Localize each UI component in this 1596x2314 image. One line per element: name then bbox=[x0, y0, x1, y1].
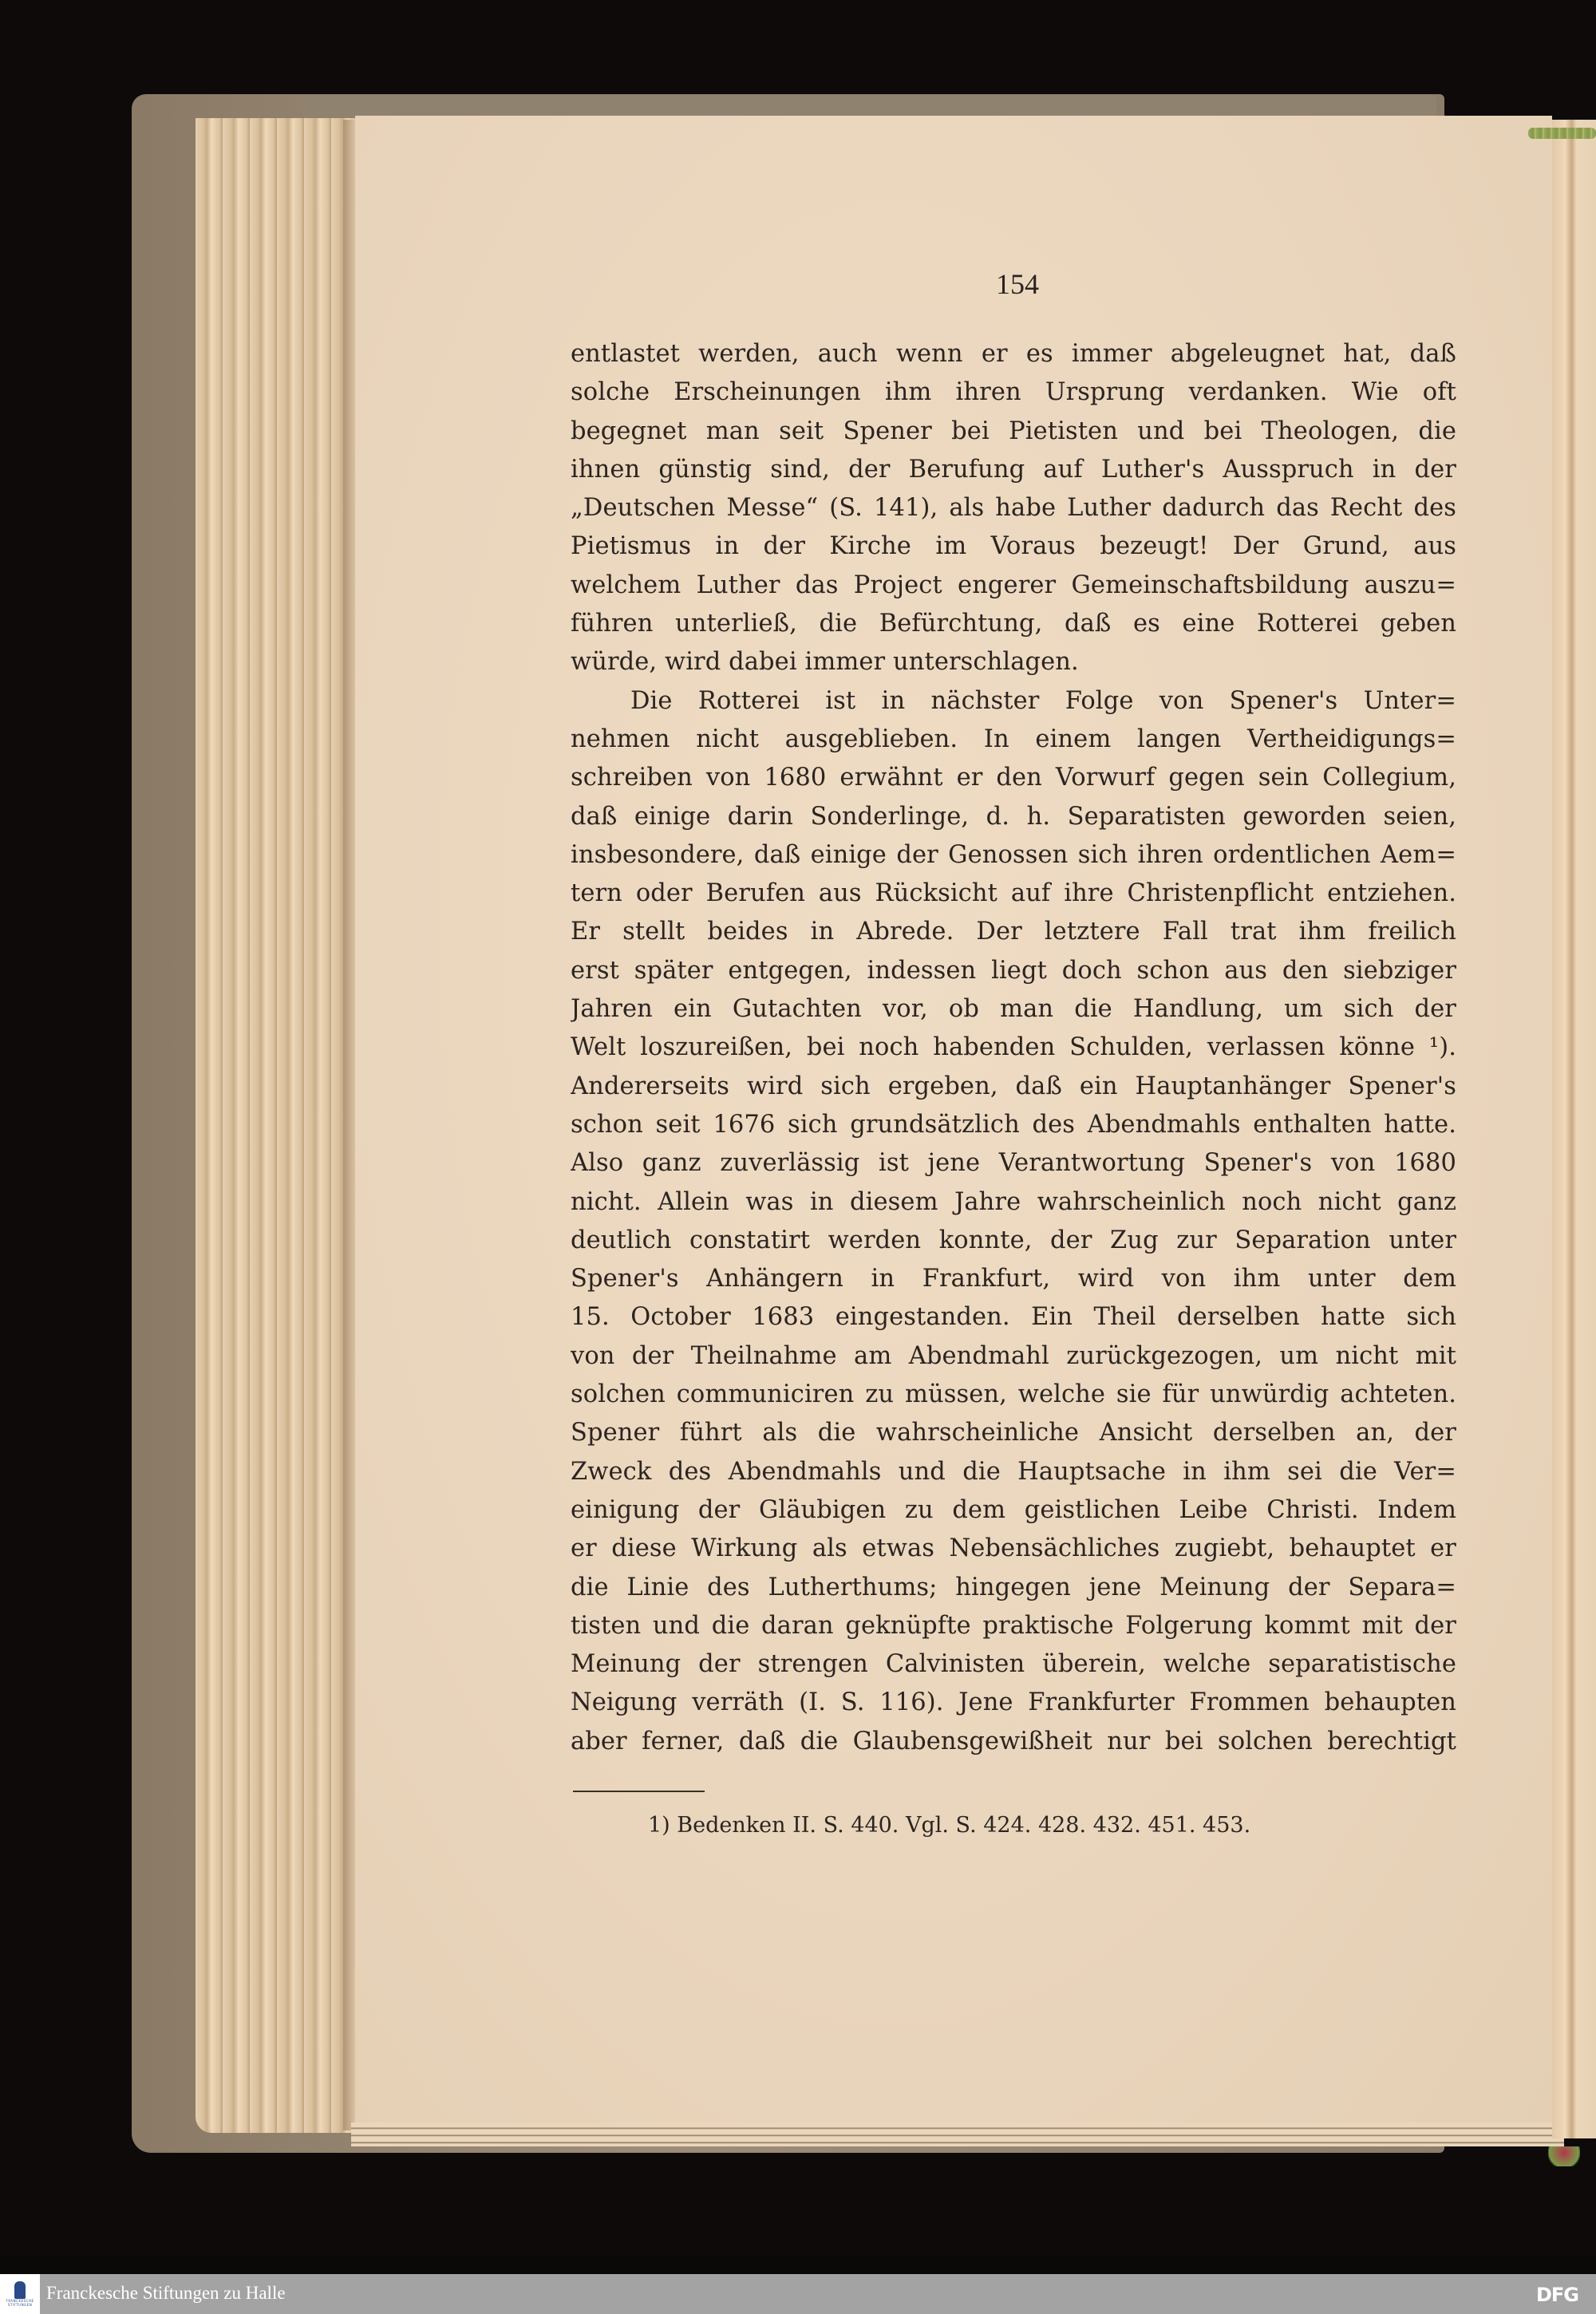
page-stack-shadow bbox=[343, 120, 355, 2130]
text-line: Also ganz zuverlässig ist jene Verantwor… bbox=[571, 1144, 1456, 1183]
franckesche-stiftungen-logo[interactable]: FRANCKESCHE STIFTUNGEN bbox=[0, 2274, 40, 2314]
page-number: 154 bbox=[990, 267, 1045, 301]
text-line: Er stellt beides in Abrede. Der letztere… bbox=[571, 913, 1456, 951]
body-text: entlastet werden, auch wenn er es immer … bbox=[571, 335, 1456, 1761]
page-block-edges bbox=[196, 118, 355, 2133]
footer-bar: FRANCKESCHE STIFTUNGEN Franckesche Stift… bbox=[0, 2274, 1596, 2314]
text-line: nicht. Allein was in diesem Jahre wahrsc… bbox=[571, 1183, 1456, 1222]
logo-text: FRANCKESCHE STIFTUNGEN bbox=[6, 2299, 34, 2307]
text-line: insbesondere, daß einige der Genossen si… bbox=[571, 836, 1456, 875]
text-line: solchen communiciren zu müssen, welche s… bbox=[571, 1376, 1456, 1414]
logo-text-line2: STIFTUNGEN bbox=[8, 2303, 32, 2307]
text-line: welchem Luther das Project engerer Gemei… bbox=[571, 567, 1456, 605]
text-line: nehmen nicht ausgeblieben. In einem lang… bbox=[571, 721, 1456, 759]
institution-name: Franckesche Stiftungen zu Halle bbox=[46, 2283, 286, 2304]
footnote-divider bbox=[573, 1791, 705, 1792]
text-line: schon seit 1676 sich grundsätzlich des A… bbox=[571, 1106, 1456, 1144]
text-line: von der Theilnahme am Abendmahl zurückge… bbox=[571, 1337, 1456, 1376]
text-line: die Linie des Lutherthums; hingegen jene… bbox=[571, 1569, 1456, 1607]
text-line: ihnen günstig sind, der Berufung auf Lut… bbox=[571, 451, 1456, 489]
headband-bottom bbox=[1548, 2146, 1580, 2166]
page-bottom-edges bbox=[351, 2122, 1564, 2146]
text-line: Spener's Anhängern in Frankfurt, wird vo… bbox=[571, 1260, 1456, 1298]
text-line: Andererseits wird sich ergeben, daß ein … bbox=[571, 1068, 1456, 1106]
text-line: Welt loszureißen, bei noch habenden Schu… bbox=[571, 1029, 1456, 1067]
footnote: 1) Bedenken II. S. 440. Vgl. S. 424. 428… bbox=[648, 1813, 1366, 1838]
text-line: tern oder Berufen aus Rücksicht auf ihre… bbox=[571, 875, 1456, 913]
text-line: „Deutschen Messe“ (S. 141), als habe Lut… bbox=[571, 489, 1456, 527]
text-line: erst später entgegen, indessen liegt doc… bbox=[571, 952, 1456, 990]
page-gutter bbox=[1552, 120, 1596, 2138]
text-line: Die Rotterei ist in nächster Folge von S… bbox=[571, 682, 1456, 721]
text-line: einigung der Gläubigen zu dem geistliche… bbox=[571, 1491, 1456, 1530]
text-line: Pietismus in der Kirche im Voraus bezeug… bbox=[571, 527, 1456, 566]
text-line: begegnet man seit Spener bei Pietisten u… bbox=[571, 413, 1456, 451]
text-line: solche Erscheinungen ihm ihren Ursprung … bbox=[571, 373, 1456, 412]
text-line: schreiben von 1680 erwähnt er den Vorwur… bbox=[571, 759, 1456, 797]
institution-emblem-icon bbox=[14, 2281, 26, 2299]
text-line: Jahren ein Gutachten vor, ob man die Han… bbox=[571, 990, 1456, 1029]
text-line: Meinung der strengen Calvinisten überein… bbox=[571, 1645, 1456, 1684]
text-line: führen unterließ, die Befürchtung, daß e… bbox=[571, 605, 1456, 643]
text-line: er diese Wirkung als etwas Nebensächlich… bbox=[571, 1530, 1456, 1568]
text-line: tisten und die daran geknüpfte praktisch… bbox=[571, 1607, 1456, 1645]
text-line: Zweck des Abendmahls und die Hauptsache … bbox=[571, 1453, 1456, 1491]
text-line: entlastet werden, auch wenn er es immer … bbox=[571, 335, 1456, 373]
text-line: daß einige darin Sonderlinge, d. h. Sepa… bbox=[571, 798, 1456, 836]
text-line: aber ferner, daß die Glaubensgewißheit n… bbox=[571, 1723, 1456, 1761]
headband-top bbox=[1528, 128, 1596, 139]
scan-image: 154 entlastet werden, auch wenn er es im… bbox=[0, 0, 1596, 2257]
text-line: deutlich constatirt werden konnte, der Z… bbox=[571, 1222, 1456, 1260]
text-line: 15. October 1683 eingestanden. Ein Theil… bbox=[571, 1298, 1456, 1337]
dfg-logo[interactable]: DFG bbox=[1536, 2284, 1578, 2306]
text-line: Neigung verräth (I. S. 116). Jene Frankf… bbox=[571, 1684, 1456, 1722]
text-line: würde, wird dabei immer unterschlagen. bbox=[571, 643, 1456, 681]
text-line: Spener führt als die wahrscheinliche Ans… bbox=[571, 1414, 1456, 1452]
